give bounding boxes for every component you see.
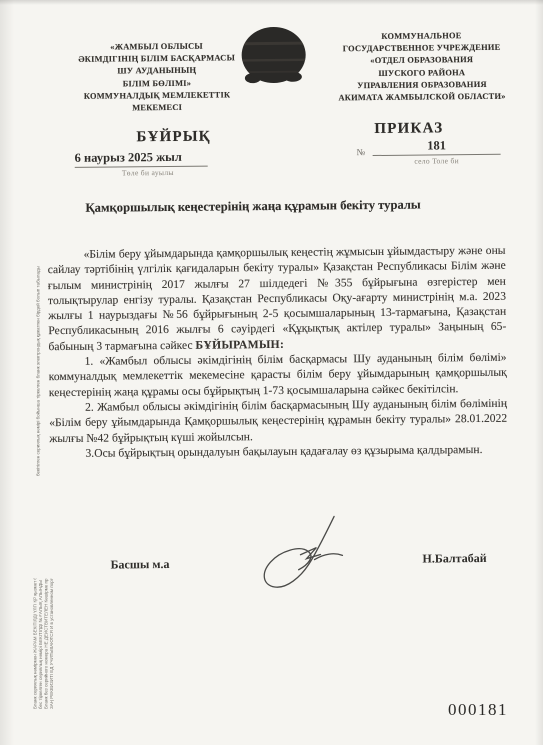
order-number-block: № 181 село Толе би <box>356 138 506 166</box>
number-sign: № <box>357 147 366 157</box>
order-date-block: 6 наурыз 2025 жыл Төле би ауылы <box>75 147 235 178</box>
signer-position: Басшы м.а <box>110 557 169 573</box>
org-name-kazakh: «ЖАМБЫЛ ОБЛЫСЫ ӘКІМДІГІНІҢ БІЛІМ БАСҚАРМ… <box>56 40 259 115</box>
signer-name: Н.Балтабай <box>422 551 486 567</box>
body-intro-paragraph: «Білім беру ұйымдарында қамқоршылық кеңе… <box>48 243 507 354</box>
fine-print-block: Бланк сериялық нөмірмен ЖАРАМ БЕКІТІЛДІ … <box>33 579 55 710</box>
order-date: 6 наурыз 2025 жыл <box>75 150 208 168</box>
handwritten-signature-icon <box>248 514 353 612</box>
scanned-content: «ЖАМБЫЛ ОБЛЫСЫ ӘКІМДІГІНІҢ БІЛІМ БАСҚАРМ… <box>0 0 543 745</box>
body-item-3: 3.Осы бұйрықтың орындалуын бақылауын қад… <box>49 442 507 462</box>
order-place-kazakh: Төле би ауылы <box>75 167 221 177</box>
order-title-kazakh: БҰЙРЫҚ <box>136 129 211 147</box>
order-body: «Білім беру ұйымдарында қамқоршылық кеңе… <box>48 243 508 462</box>
order-title-russian: ПРИКАЗ <box>374 120 443 138</box>
document-page: «ЖАМБЫЛ ОБЛЫСЫ ӘКІМДІГІНІҢ БІЛІМ БАСҚАРМ… <box>0 0 543 745</box>
order-number: 181 <box>372 138 500 156</box>
fine-print-side-line: бекітілген сериялық нөмірі бойынша тірке… <box>36 247 41 477</box>
fine-print-line: ЗАҢ РЕКВИЗИТІ ЕД УЧИТЫВАЮТСЯ И в установ… <box>49 579 54 710</box>
body-item-2: 2. Жамбыл облысы әкімдігінің білім басқа… <box>49 396 507 446</box>
round-seal-icon <box>240 26 307 94</box>
org-name-russian: КОММУНАЛЬНОЕ ГОСУДАРСТВЕННОЕ УЧРЕЖДЕНИЕ … <box>313 30 530 105</box>
body-item-1: 1. «Жамбыл облысы әкімдігінің білім басқ… <box>49 350 507 400</box>
body-resolve-word: БҰЙЫРАМЫН: <box>195 338 284 352</box>
body-intro-text: «Білім беру ұйымдарында қамқоршылық кеңе… <box>48 244 507 353</box>
blank-serial-number: 000181 <box>448 700 508 720</box>
order-place-russian: село Толе би <box>373 156 501 166</box>
order-subject: Қамқоршылық кеңестерінің жаңа құрамын бе… <box>47 197 459 216</box>
